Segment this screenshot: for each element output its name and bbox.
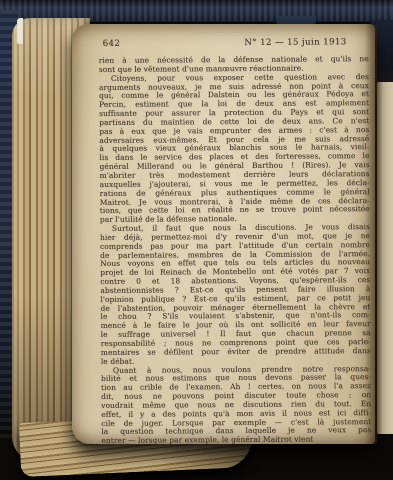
next-page-edge <box>377 82 393 434</box>
text-line: entrer — lorsque par exemple, le général… <box>101 435 371 446</box>
text-line: mentaires se défilent pour éviter de pre… <box>101 347 371 358</box>
page-text: rien à une nécessité de la défense natio… <box>99 55 372 446</box>
page-header: 642 N° 12 — 15 juin 1913 <box>99 37 369 53</box>
page-number: 642 <box>103 39 121 49</box>
issue-label: N° 12 — 15 juin 1913 <box>244 37 346 48</box>
page-content: 642 N° 12 — 15 juin 1913 rien à une néce… <box>99 37 372 446</box>
paper-sliver <box>17 18 23 44</box>
scanned-book-photo: 642 N° 12 — 15 juin 1913 rien à une néce… <box>0 0 393 480</box>
